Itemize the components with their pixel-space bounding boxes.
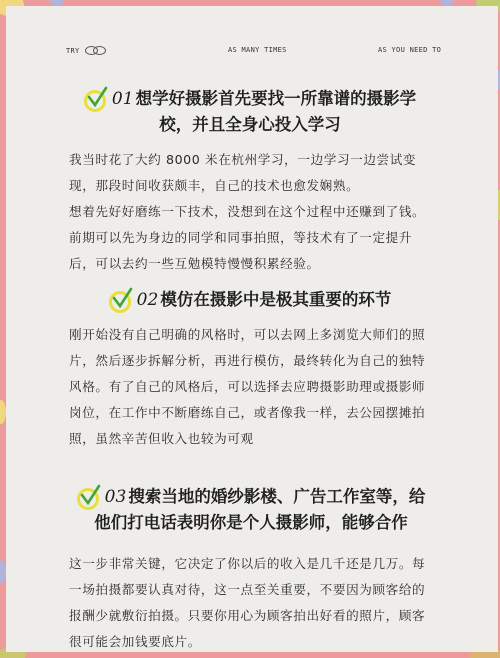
body-line: 照，虽然辛苦但收入也较为可观 <box>69 426 449 452</box>
section-title: 搜索当地的婚纱影楼、广告工作室等，给 <box>128 487 425 506</box>
section-01-heading: 01想学好摄影首先要找一所靠谱的摄影学 校，并且全身心投入学习 <box>60 86 440 138</box>
section-number: 02 <box>137 290 159 310</box>
body-line: 这一步非常关键，它决定了你以后的收入是几千还是几万。每 <box>69 551 449 577</box>
checkmark-circle-icon <box>77 486 101 510</box>
section-02-body: 刚开始没有自己明确的风格时，可以去网上多浏览大师们的照 片，然后逐步拆解分析，再… <box>69 322 449 452</box>
section-number: 01 <box>112 89 134 109</box>
body-line: 刚开始没有自己明确的风格时，可以去网上多浏览大师们的照 <box>69 322 449 348</box>
section-03-heading-line1: 03搜索当地的婚纱影楼、广告工作室等，给 <box>56 484 446 510</box>
body-line: 现，那段时间收获颇丰，自己的技术也愈发娴熟。 <box>69 173 449 199</box>
section-number: 03 <box>105 487 127 507</box>
section-title: 想学好摄影首先要找一所靠谱的摄影学 <box>136 89 417 108</box>
body-line: 风格。有了自己的风格后，可以选择去应聘摄影助理或摄影师 <box>69 374 449 400</box>
section-03-heading: 03搜索当地的婚纱影楼、广告工作室等，给 他们打电话表明你是个人摄影师，能够合作 <box>56 484 446 536</box>
body-line: 报酬少就敷衍拍摄。只要你用心为顾客拍出好看的照片，顾客 <box>69 603 449 629</box>
section-01-heading-line1: 01想学好摄影首先要找一所靠谱的摄影学 <box>60 86 440 112</box>
interlocked-rings-icon <box>85 46 107 55</box>
body-line: 很可能会加钱要底片。 <box>69 629 449 655</box>
section-02-heading-line1: 02模仿在摄影中是极其重要的环节 <box>60 287 440 313</box>
body-line: 后，可以去约一些互勉模特慢慢积累经验。 <box>69 251 449 277</box>
section-03-body: 这一步非常关键，它决定了你以后的收入是几千还是几万。每 一场拍摄都要认真对待，这… <box>69 551 449 655</box>
body-line: 我当时花了大约 8000 米在杭州学习，一边学习一边尝试变 <box>69 147 449 173</box>
section-01-body: 我当时花了大约 8000 米在杭州学习，一边学习一边尝试变 现，那段时间收获颇丰… <box>69 147 449 277</box>
body-line: 想着先好好磨练一下技术，没想到在这个过程中还赚到了钱。 <box>69 199 449 225</box>
as-you-need-to-label: AS YOU NEED TO <box>378 46 441 54</box>
section-03-heading-line2: 他们打电话表明你是个人摄影师，能够合作 <box>56 510 446 536</box>
try-label: TRY <box>66 47 80 55</box>
checkmark-circle-icon <box>84 88 108 112</box>
body-line: 前期可以先为身边的同学和同事拍照，等技术有了一定提升 <box>69 225 449 251</box>
header-left: TRY <box>66 46 107 55</box>
body-line: 岗位，在工作中不断磨练自己，或者像我一样，去公园摆摊拍 <box>69 400 449 426</box>
section-02-heading: 02模仿在摄影中是极其重要的环节 <box>60 287 440 313</box>
section-01-heading-line2: 校，并且全身心投入学习 <box>60 112 440 138</box>
section-title: 模仿在摄影中是极其重要的环节 <box>160 290 391 309</box>
body-line: 片，然后逐步拆解分析，再进行模仿，最终转化为自己的独特 <box>69 348 449 374</box>
as-many-times-label: AS MANY TIMES <box>228 46 287 54</box>
body-line: 一场拍摄都要认真对待，这一点至关重要，不要因为顾客给的 <box>69 577 449 603</box>
document-page: TRY AS MANY TIMES AS YOU NEED TO 01想学好摄影… <box>6 6 498 652</box>
checkmark-circle-icon <box>109 289 133 313</box>
